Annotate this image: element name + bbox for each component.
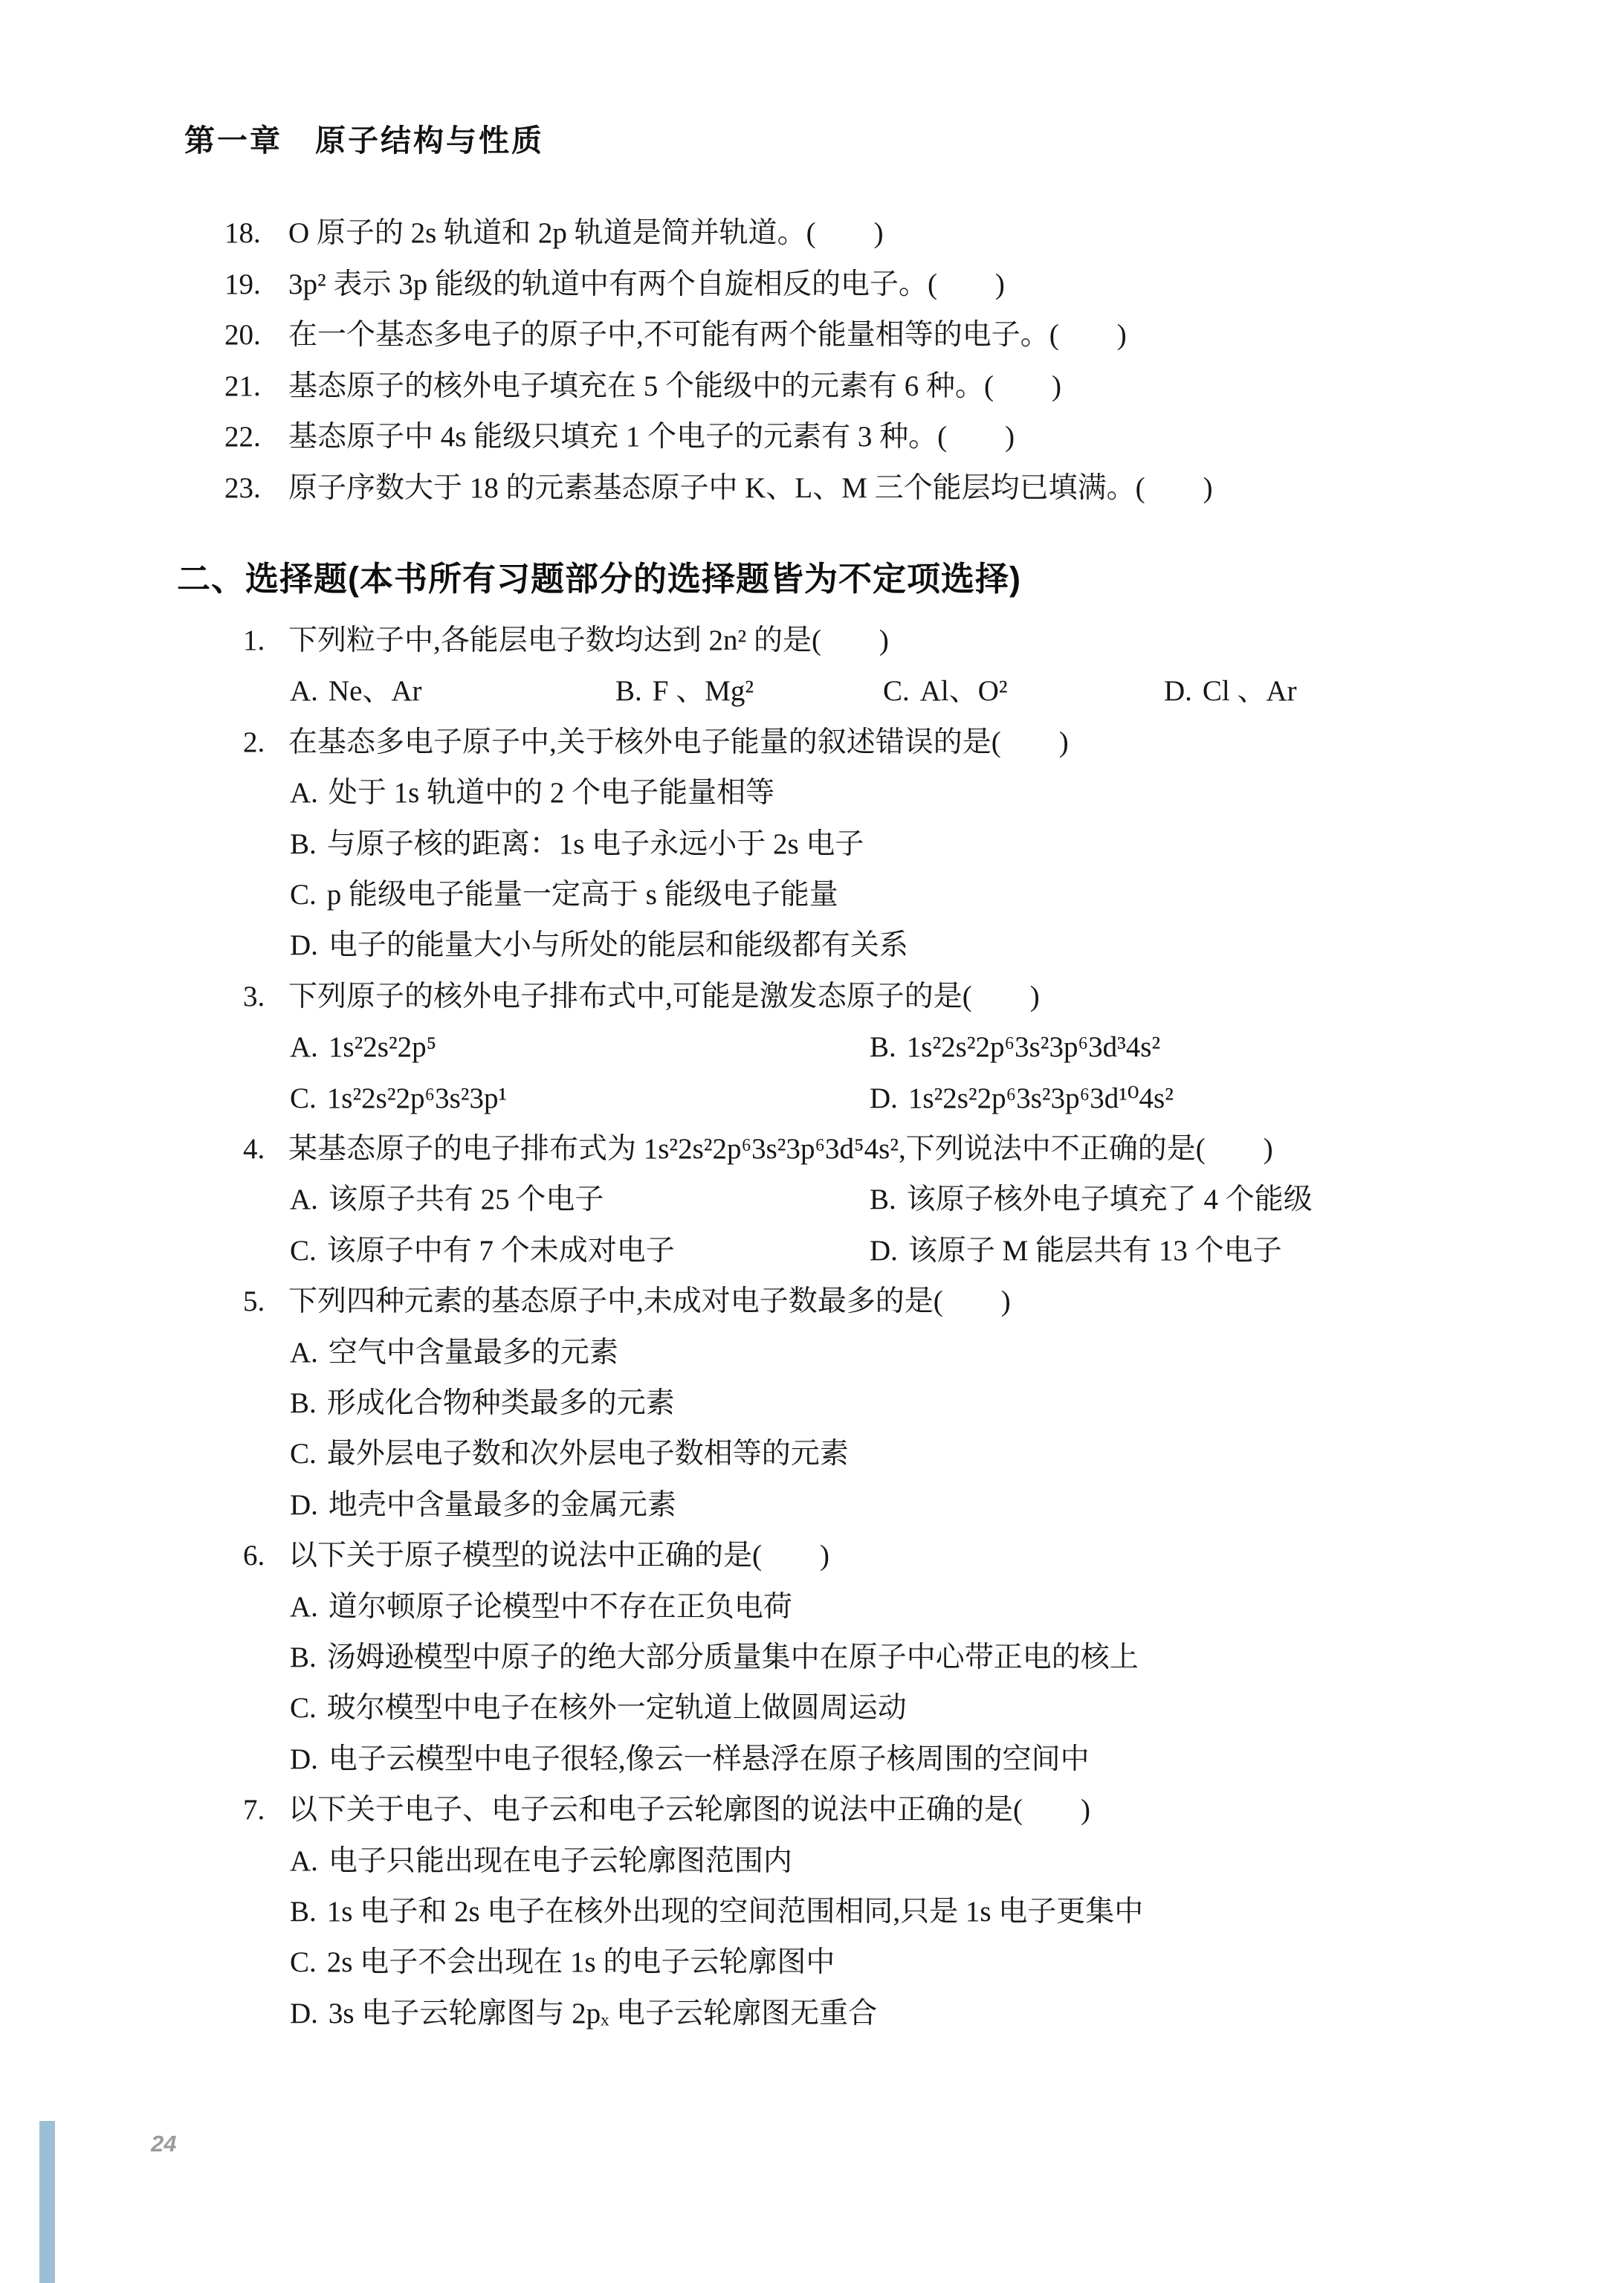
question-2-stem: 2.在基态多电子原子中,关于核外电子能量的叙述错误的是( ): [243, 723, 1069, 762]
option-text: 电子只能出现在电子云轮廓图范围内: [329, 1845, 792, 1877]
tf-item-number: 23.: [224, 469, 288, 508]
q3-option-d: D.1s²2s²2p⁶3s²3p⁶3d¹⁰4s²: [870, 1079, 1174, 1118]
tf-item-18: 18.O 原子的 2s 轨道和 2p 轨道是简并轨道。( ): [224, 214, 884, 253]
tf-item-21: 21.基态原子的核外电子填充在 5 个能级中的元素有 6 种。( ): [224, 367, 1061, 406]
option-label: A.: [290, 1337, 318, 1369]
question-number: 6.: [243, 1537, 288, 1575]
option-label: A.: [290, 777, 318, 809]
option-label: B.: [290, 1896, 317, 1928]
option-text: Al、O²: [920, 675, 1008, 707]
page-number: 24: [151, 2131, 176, 2157]
q3-option-c: C.1s²2s²2p⁶3s²3p¹: [290, 1079, 507, 1118]
option-text: 1s²2s²2p⁶3s²3p⁶3d³4s²: [907, 1031, 1160, 1063]
option-text: 电子的能量大小与所处的能层和能级都有关系: [329, 929, 908, 961]
q1-option-d: D.Cl 、Ar: [1164, 672, 1297, 711]
textbook-page: 第一章 原子结构与性质 18.O 原子的 2s 轨道和 2p 轨道是简并轨道。(…: [0, 0, 1624, 2283]
option-label: B.: [290, 828, 317, 860]
option-label: A.: [290, 1184, 318, 1215]
option-label: C.: [290, 1438, 317, 1470]
question-text: 某基态原子的电子排布式为 1s²2s²2p⁶3s²3p⁶3d⁵4s²,下列说法中…: [288, 1133, 1273, 1165]
q1-option-b: B.F 、Mg²: [615, 672, 754, 711]
option-text: 3s 电子云轮廓图与 2pₓ 电子云轮廓图无重合: [329, 1998, 877, 2029]
option-label: B.: [615, 675, 642, 707]
option-label: C.: [883, 675, 910, 707]
question-number: 4.: [243, 1130, 288, 1169]
q3-option-b: B.1s²2s²2p⁶3s²3p⁶3d³4s²: [870, 1028, 1160, 1067]
question-3-stem: 3.下列原子的核外电子排布式中,可能是激发态原子的是( ): [243, 978, 1040, 1016]
question-text: 以下关于电子、电子云和电子云轮廓图的说法中正确的是( ): [288, 1794, 1090, 1826]
tf-item-text: O 原子的 2s 轨道和 2p 轨道是简并轨道。( ): [288, 217, 884, 249]
question-text: 下列原子的核外电子排布式中,可能是激发态原子的是( ): [288, 981, 1040, 1013]
option-text: 道尔顿原子论模型中不存在正负电荷: [329, 1591, 792, 1623]
question-number: 1.: [243, 621, 288, 660]
q3-option-a: A.1s²2s²2p⁵: [290, 1028, 436, 1067]
option-text: 与原子核的距离：1s 电子永远小于 2s 电子: [327, 828, 864, 860]
option-label: C.: [290, 1692, 317, 1724]
question-number: 3.: [243, 978, 288, 1016]
tf-item-number: 18.: [224, 214, 288, 253]
tf-item-23: 23.原子序数大于 18 的元素基态原子中 K、L、M 三个能层均已填满。( ): [224, 469, 1213, 508]
option-text: Ne、Ar: [329, 675, 422, 707]
option-text: 最外层电子数和次外层电子数相等的元素: [327, 1438, 849, 1470]
question-text: 下列四种元素的基态原子中,未成对电子数最多的是( ): [288, 1285, 1011, 1317]
tf-item-number: 21.: [224, 367, 288, 406]
q2-option-c: C.p 能级电子能量一定高于 s 能级电子能量: [290, 876, 838, 914]
option-text: 1s²2s²2p⁶3s²3p¹: [327, 1082, 507, 1114]
option-label: D.: [870, 1082, 898, 1114]
option-label: C.: [290, 1946, 317, 1978]
option-label: A.: [290, 675, 318, 707]
question-number: 7.: [243, 1791, 288, 1830]
option-text: 1s²2s²2p⁶3s²3p⁶3d¹⁰4s²: [908, 1082, 1174, 1114]
option-label: B.: [290, 1387, 317, 1419]
q4-option-c: C.该原子中有 7 个未成对电子: [290, 1232, 675, 1270]
option-text: 该原子核外电子填充了 4 个能级: [907, 1184, 1313, 1215]
option-label: D.: [290, 1743, 318, 1775]
q1-option-a: A.Ne、Ar: [290, 672, 422, 711]
question-text: 以下关于原子模型的说法中正确的是( ): [288, 1540, 829, 1572]
option-text: 汤姆逊模型中原子的绝大部分质量集中在原子中心带正电的核上: [327, 1641, 1139, 1673]
question-7-stem: 7.以下关于电子、电子云和电子云轮廓图的说法中正确的是( ): [243, 1791, 1090, 1830]
tf-item-20: 20.在一个基态多电子的原子中,不可能有两个能量相等的电子。( ): [224, 316, 1127, 355]
q1-option-c: C.Al、O²: [883, 672, 1008, 711]
option-label: D.: [290, 929, 318, 961]
tf-item-19: 19.3p² 表示 3p 能级的轨道中有两个自旋相反的电子。( ): [224, 265, 1005, 304]
option-text: 1s 电子和 2s 电子在核外出现的空间范围相同,只是 1s 电子更集中: [327, 1896, 1144, 1928]
option-text: 电子云模型中电子很轻,像云一样悬浮在原子核周围的空间中: [329, 1743, 1090, 1775]
q2-option-d: D.电子的能量大小与所处的能层和能级都有关系: [290, 926, 908, 965]
option-text: 该原子共有 25 个电子: [329, 1184, 604, 1215]
question-number: 2.: [243, 723, 288, 762]
option-text: 玻尔模型中电子在核外一定轨道上做圆周运动: [327, 1692, 907, 1724]
option-text: F 、Mg²: [653, 675, 754, 707]
q7-option-c: C.2s 电子不会出现在 1s 的电子云轮廓图中: [290, 1943, 835, 1982]
option-text: 形成化合物种类最多的元素: [327, 1387, 675, 1419]
tf-item-text: 3p² 表示 3p 能级的轨道中有两个自旋相反的电子。( ): [288, 268, 1005, 300]
option-label: B.: [870, 1031, 896, 1063]
chapter-header: 第一章 原子结构与性质: [184, 116, 544, 160]
question-text: 下列粒子中,各能层电子数均达到 2n² 的是( ): [288, 624, 889, 656]
tf-item-text: 在一个基态多电子的原子中,不可能有两个能量相等的电子。( ): [288, 319, 1127, 351]
question-1-stem: 1.下列粒子中,各能层电子数均达到 2n² 的是( ): [243, 621, 889, 660]
option-text: Cl 、Ar: [1203, 675, 1297, 707]
option-label: D.: [290, 1489, 318, 1521]
q5-option-c: C.最外层电子数和次外层电子数相等的元素: [290, 1435, 849, 1473]
q7-option-b: B.1s 电子和 2s 电子在核外出现的空间范围相同,只是 1s 电子更集中: [290, 1893, 1143, 1931]
option-label: B.: [290, 1641, 317, 1673]
q4-option-d: D.该原子 M 能层共有 13 个电子: [870, 1232, 1282, 1270]
section-heading: 二、选择题(本书所有习题部分的选择题皆为不定项选择): [177, 552, 1021, 600]
option-label: A.: [290, 1591, 318, 1623]
option-text: 1s²2s²2p⁵: [329, 1031, 436, 1063]
question-5-stem: 5.下列四种元素的基态原子中,未成对电子数最多的是( ): [243, 1282, 1011, 1321]
tf-item-number: 19.: [224, 265, 288, 304]
option-text: 该原子中有 7 个未成对电子: [327, 1235, 675, 1267]
q7-option-d: D.3s 电子云轮廓图与 2pₓ 电子云轮廓图无重合: [290, 1995, 877, 2033]
option-label: D.: [870, 1235, 898, 1267]
option-label: D.: [290, 1998, 318, 2029]
option-text: 该原子 M 能层共有 13 个电子: [908, 1235, 1282, 1267]
option-text: p 能级电子能量一定高于 s 能级电子能量: [327, 879, 838, 911]
option-label: C.: [290, 879, 317, 911]
tf-item-text: 原子序数大于 18 的元素基态原子中 K、L、M 三个能层均已填满。( ): [288, 472, 1213, 504]
q4-option-a: A.该原子共有 25 个电子: [290, 1181, 604, 1219]
q2-option-b: B.与原子核的距离：1s 电子永远小于 2s 电子: [290, 825, 864, 864]
q6-option-b: B.汤姆逊模型中原子的绝大部分质量集中在原子中心带正电的核上: [290, 1638, 1139, 1677]
q2-option-a: A.处于 1s 轨道中的 2 个电子能量相等: [290, 774, 774, 813]
q4-option-b: B.该原子核外电子填充了 4 个能级: [870, 1181, 1313, 1219]
option-label: C.: [290, 1235, 317, 1267]
tf-item-number: 22.: [224, 418, 288, 456]
question-4-stem: 4.某基态原子的电子排布式为 1s²2s²2p⁶3s²3p⁶3d⁵4s²,下列说…: [243, 1130, 1273, 1169]
q5-option-a: A.空气中含量最多的元素: [290, 1334, 618, 1372]
option-label: C.: [290, 1082, 317, 1114]
tf-item-text: 基态原子的核外电子填充在 5 个能级中的元素有 6 种。( ): [288, 370, 1061, 402]
q5-option-b: B.形成化合物种类最多的元素: [290, 1384, 675, 1423]
q5-option-d: D.地壳中含量最多的金属元素: [290, 1486, 676, 1525]
q6-option-c: C.玻尔模型中电子在核外一定轨道上做圆周运动: [290, 1689, 907, 1728]
page-edge-accent-bar: [39, 2121, 55, 2283]
question-number: 5.: [243, 1282, 288, 1321]
option-label: B.: [870, 1184, 896, 1215]
q7-option-a: A.电子只能出现在电子云轮廓图范围内: [290, 1842, 792, 1881]
option-text: 2s 电子不会出现在 1s 的电子云轮廓图中: [327, 1946, 835, 1978]
option-text: 地壳中含量最多的金属元素: [329, 1489, 676, 1521]
tf-item-text: 基态原子中 4s 能级只填充 1 个电子的元素有 3 种。( ): [288, 421, 1015, 453]
q6-option-d: D.电子云模型中电子很轻,像云一样悬浮在原子核周围的空间中: [290, 1740, 1090, 1779]
q6-option-a: A.道尔顿原子论模型中不存在正负电荷: [290, 1588, 792, 1627]
option-text: 处于 1s 轨道中的 2 个电子能量相等: [329, 777, 774, 809]
question-6-stem: 6.以下关于原子模型的说法中正确的是( ): [243, 1537, 829, 1575]
option-text: 空气中含量最多的元素: [329, 1337, 618, 1369]
tf-item-22: 22.基态原子中 4s 能级只填充 1 个电子的元素有 3 种。( ): [224, 418, 1015, 456]
question-text: 在基态多电子原子中,关于核外电子能量的叙述错误的是( ): [288, 726, 1069, 758]
tf-item-number: 20.: [224, 316, 288, 355]
option-label: D.: [1164, 675, 1192, 707]
option-label: A.: [290, 1845, 318, 1877]
option-label: A.: [290, 1031, 318, 1063]
